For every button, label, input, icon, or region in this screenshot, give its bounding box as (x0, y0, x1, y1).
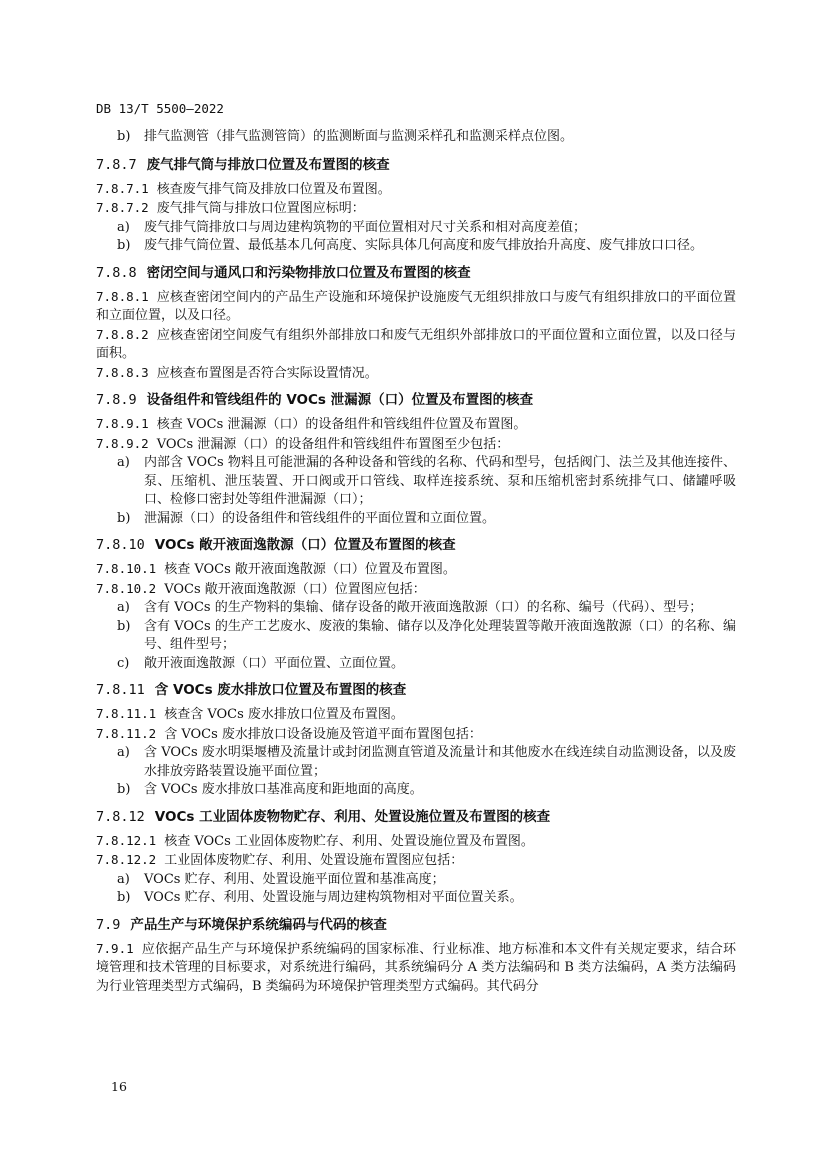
clause-text: 应依据产品生产与环境保护系统编码的国家标准、行业标准、地方标准和本文件有关规定要… (96, 942, 736, 994)
list-text: 含有 VOCs 的生产工艺废水、废液的集输、储存以及净化处理装置等敞开液面逸散源… (144, 618, 736, 655)
clause-text: 核查 VOCs 敞开液面逸散源（口）位置及布置图。 (164, 562, 456, 577)
section-title: VOCs 工业固体废物物贮存、利用、处置设施位置及布置图的核查 (155, 809, 550, 825)
list-item: a) 含有 VOCs 的生产物料的集输、储存设备的敞开液面逸散源（口）的名称、编… (96, 599, 736, 618)
list-text: 含 VOCs 废水明渠堰槽及流量计或封闭监测直管道及流量计和其他废水在线连续自动… (144, 744, 736, 781)
clause-number: 7.8.8.1 (96, 289, 149, 304)
list-marker: b) (117, 889, 144, 908)
section-title: 废气排气筒与排放口位置及布置图的核查 (147, 157, 390, 173)
list-text: 含有 VOCs 的生产物料的集输、储存设备的敞开液面逸散源（口）的名称、编号（代… (144, 599, 736, 618)
list-text: VOCs 贮存、利用、处置设施与周边建构筑物相对平面位置关系。 (144, 889, 736, 908)
clause-number: 7.8.9.1 (96, 416, 149, 431)
list-marker: c) (117, 655, 144, 674)
clause-text: 工业固体废物贮存、利用、处置设施布置图应包括： (164, 853, 463, 868)
list-item: a) VOCs 贮存、利用、处置设施平面位置和基准高度； (96, 871, 736, 890)
clause-text: 废气排气筒与排放口位置图应标明： (157, 201, 365, 216)
list-text: 含 VOCs 废水排放口基准高度和距地面的高度。 (144, 781, 736, 800)
list-item: c) 敞开液面逸散源（口）平面位置、立面位置。 (96, 655, 736, 674)
paragraph: 7.8.8.1应核查密闭空间内的产品生产设施和环境保护设施废气无组织排放口与废气… (96, 288, 736, 326)
list-marker: a) (117, 454, 144, 510)
section-number: 7.8.11 (96, 682, 145, 698)
section-number: 7.8.8 (96, 265, 137, 281)
list-item: a) 废气排气筒排放口与周边建构筑物的平面位置相对尺寸关系和相对高度差值； (96, 219, 736, 238)
paragraph: 7.8.9.1核查 VOCs 泄漏源（口）的设备组件和管线组件位置及布置图。 (96, 415, 736, 435)
list-marker: b) (117, 510, 144, 529)
clause-number: 7.8.12.1 (96, 833, 156, 848)
list-marker: b) (117, 618, 144, 655)
page-body: b) 排气监测管（排气监测管筒）的监测断面与监测采样孔和监测采样点位图。 7.8… (96, 128, 736, 996)
clause-text: VOCs 敞开液面逸散源（口）位置图应包括： (164, 582, 426, 597)
clause-text: 应核查密闭空间内的产品生产设施和环境保护设施废气无组织排放口与废气有组织排放口的… (96, 290, 736, 324)
clause-text: 应核查布置图是否符合实际设置情况。 (157, 366, 378, 381)
clause-number: 7.8.11.1 (96, 706, 156, 721)
clause-text: 核查废气排气筒及排放口位置及布置图。 (157, 182, 391, 197)
list-item: b) 废气排气筒位置、最低基本几何高度、实际具体几何高度和废气排放抬升高度、废气… (96, 237, 736, 256)
list-marker: a) (117, 871, 144, 890)
clause-number: 7.8.11.2 (96, 726, 156, 741)
section-heading: 7.8.12VOCs 工业固体废物物贮存、利用、处置设施位置及布置图的核查 (96, 808, 736, 826)
section-heading: 7.8.11含 VOCs 废水排放口位置及布置图的核查 (96, 681, 736, 699)
section-title: 密闭空间与通风口和污染物排放口位置及布置图的核查 (147, 265, 471, 281)
list-text: VOCs 贮存、利用、处置设施平面位置和基准高度； (144, 871, 736, 890)
clause-number: 7.8.7.2 (96, 200, 149, 215)
list-text: 废气排气筒位置、最低基本几何高度、实际具体几何高度和废气排放抬升高度、废气排放口… (144, 237, 736, 256)
section-heading: 7.9产品生产与环境保护系统编码与代码的核查 (96, 916, 736, 934)
list-item: b) VOCs 贮存、利用、处置设施与周边建构筑物相对平面位置关系。 (96, 889, 736, 908)
section-title: 产品生产与环境保护系统编码与代码的核查 (130, 917, 387, 933)
clause-text: VOCs 泄漏源（口）的设备组件和管线组件布置图至少包括： (157, 437, 510, 452)
clause-number: 7.8.8.3 (96, 365, 149, 380)
section-number: 7.8.7 (96, 157, 137, 173)
list-text: 内部含 VOCs 物料且可能泄漏的各种设备和管线的名称、代码和型号，包括阀门、法… (144, 454, 736, 510)
list-item: a) 内部含 VOCs 物料且可能泄漏的各种设备和管线的名称、代码和型号，包括阀… (96, 454, 736, 510)
list-text: 排气监测管（排气监测管筒）的监测断面与监测采样孔和监测采样点位图。 (144, 128, 736, 147)
paragraph: 7.9.1应依据产品生产与环境保护系统编码的国家标准、行业标准、地方标准和本文件… (96, 940, 736, 997)
clause-number: 7.8.10.1 (96, 561, 156, 576)
list-text: 敞开液面逸散源（口）平面位置、立面位置。 (144, 655, 736, 674)
list-marker: a) (117, 599, 144, 618)
paragraph: 7.8.10.1核查 VOCs 敞开液面逸散源（口）位置及布置图。 (96, 560, 736, 580)
list-item: b) 泄漏源（口）的设备组件和管线组件的平面位置和立面位置。 (96, 510, 736, 529)
section-heading: 7.8.8密闭空间与通风口和污染物排放口位置及布置图的核查 (96, 264, 736, 282)
section-number: 7.8.12 (96, 809, 145, 825)
clause-number: 7.8.8.2 (96, 327, 149, 342)
clause-number: 7.8.12.2 (96, 852, 156, 867)
section-heading: 7.8.9设备组件和管线组件的 VOCs 泄漏源（口）位置及布置图的核查 (96, 391, 736, 409)
clause-number: 7.9.1 (96, 941, 134, 956)
paragraph: 7.8.10.2VOCs 敞开液面逸散源（口）位置图应包括： (96, 580, 736, 600)
list-marker: b) (117, 128, 144, 147)
list-item: b) 含有 VOCs 的生产工艺废水、废液的集输、储存以及净化处理装置等敞开液面… (96, 618, 736, 655)
section-title: 设备组件和管线组件的 VOCs 泄漏源（口）位置及布置图的核查 (147, 392, 534, 408)
clause-text: 核查 VOCs 泄漏源（口）的设备组件和管线组件位置及布置图。 (157, 417, 527, 432)
list-marker: b) (117, 781, 144, 800)
clause-text: 含 VOCs 废水排放口设备设施及管道平面布置图包括： (164, 727, 482, 742)
document-id: DB 13/T 5500—2022 (96, 101, 224, 116)
paragraph: 7.8.9.2VOCs 泄漏源（口）的设备组件和管线组件布置图至少包括： (96, 435, 736, 455)
paragraph: 7.8.8.3应核查布置图是否符合实际设置情况。 (96, 364, 736, 384)
document-page: DB 13/T 5500—2022 b) 排气监测管（排气监测管筒）的监测断面与… (0, 0, 826, 1169)
paragraph: 7.8.11.2含 VOCs 废水排放口设备设施及管道平面布置图包括： (96, 725, 736, 745)
paragraph: 7.8.7.2废气排气筒与排放口位置图应标明： (96, 199, 736, 219)
list-item: a) 含 VOCs 废水明渠堰槽及流量计或封闭监测直管道及流量计和其他废水在线连… (96, 744, 736, 781)
list-text: 废气排气筒排放口与周边建构筑物的平面位置相对尺寸关系和相对高度差值； (144, 219, 736, 238)
clause-text: 核查 VOCs 工业固体废物贮存、利用、处置设施位置及布置图。 (164, 834, 534, 849)
list-marker: a) (117, 744, 144, 781)
clause-number: 7.8.7.1 (96, 181, 149, 196)
paragraph: 7.8.12.2工业固体废物贮存、利用、处置设施布置图应包括： (96, 851, 736, 871)
section-number: 7.8.10 (96, 537, 145, 553)
list-item: b) 排气监测管（排气监测管筒）的监测断面与监测采样孔和监测采样点位图。 (96, 128, 736, 147)
paragraph: 7.8.8.2应核查密闭空间废气有组织外部排放口和废气无组织外部排放口的平面位置… (96, 326, 736, 364)
section-title: VOCs 敞开液面逸散源（口）位置及布置图的核查 (155, 537, 456, 553)
section-number: 7.8.9 (96, 392, 137, 408)
list-marker: a) (117, 219, 144, 238)
section-title: 含 VOCs 废水排放口位置及布置图的核查 (155, 682, 407, 698)
paragraph: 7.8.11.1核查含 VOCs 废水排放口位置及布置图。 (96, 705, 736, 725)
clause-text: 核查含 VOCs 废水排放口位置及布置图。 (164, 707, 404, 722)
page-number: 16 (111, 1079, 127, 1094)
paragraph: 7.8.12.1核查 VOCs 工业固体废物贮存、利用、处置设施位置及布置图。 (96, 832, 736, 852)
paragraph: 7.8.7.1核查废气排气筒及排放口位置及布置图。 (96, 180, 736, 200)
section-heading: 7.8.7废气排气筒与排放口位置及布置图的核查 (96, 156, 736, 174)
clause-number: 7.8.9.2 (96, 436, 149, 451)
list-text: 泄漏源（口）的设备组件和管线组件的平面位置和立面位置。 (144, 510, 736, 529)
clause-text: 应核查密闭空间废气有组织外部排放口和废气无组织外部排放口的平面位置和立面位置，以… (96, 328, 736, 362)
list-item: b) 含 VOCs 废水排放口基准高度和距地面的高度。 (96, 781, 736, 800)
list-marker: b) (117, 237, 144, 256)
section-heading: 7.8.10VOCs 敞开液面逸散源（口）位置及布置图的核查 (96, 536, 736, 554)
clause-number: 7.8.10.2 (96, 581, 156, 596)
section-number: 7.9 (96, 917, 120, 933)
